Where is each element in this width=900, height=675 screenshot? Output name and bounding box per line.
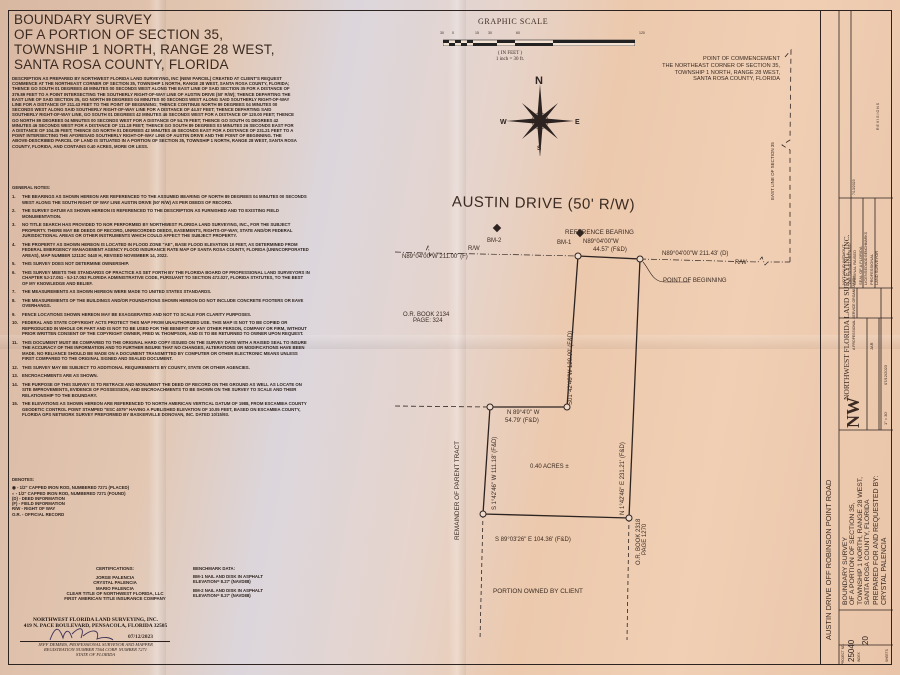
jog-distance: 54.79' (F&D)	[505, 418, 539, 424]
north-line-distance: 44.57' (F&D)	[593, 247, 627, 253]
north-arrow-icon: N W E	[500, 76, 580, 156]
scale-tick: 120	[639, 31, 645, 35]
compass-south: S	[537, 145, 541, 152]
note-number: 1.	[12, 194, 22, 205]
note-number: 6.	[12, 270, 22, 286]
note-number: 14.	[12, 382, 22, 398]
note-text: THIS SURVEY DOES NOT DETERMINE OWNERSHIP…	[22, 261, 129, 266]
general-note: 1.THE BEARINGS AS SHOWN HEREON ARE REFER…	[12, 194, 310, 205]
note-text: THE PROPERTY AS SHOWN HEREON IS LOCATED …	[22, 242, 310, 258]
jog-bearing: N 89°4'0" W	[507, 410, 539, 416]
seal-line: NOT VALID WITHOUT	[841, 244, 847, 286]
general-note: 12.THIS SURVEY MAY BE SUBJECT TO ADDITIO…	[12, 365, 310, 370]
signature	[45, 624, 115, 642]
prepared-for-line: CRYSTAL PALENCIA	[881, 476, 889, 605]
scale-tick: 30	[488, 31, 492, 35]
road-reference: AUSTIN DRIVE OFF ROBINSON POINT ROAD	[824, 480, 833, 640]
tb-title-line: TOWNSHIP 1 NORTH, RANGE 28 WEST,	[857, 477, 864, 605]
bm2-label: BM-2	[487, 238, 501, 244]
general-note: 7.THE MEASUREMENTS AS SHOWN HEREON WERE …	[12, 289, 310, 294]
note-text: THIS SURVEY MEETS THE STANDARDS OF PRACT…	[22, 270, 310, 286]
or-book-west: O.R. BOOK 2134 PAGE: 324	[403, 312, 449, 324]
general-note: 5.THIS SURVEY DOES NOT DETERMINE OWNERSH…	[12, 261, 310, 266]
poc-line: TOWNSHIP 1 NORTH, RANGE 28 WEST,	[620, 70, 780, 77]
seal-line: LAND SURVEYOR	[874, 244, 880, 286]
section-line-label: EAST LINE OF SECTION 35	[770, 142, 775, 200]
svg-text:W: W	[500, 119, 507, 126]
firm-logo: NW	[843, 397, 864, 428]
note-text: THIS SURVEY MAY BE SUBJECT TO ADDITIONAL…	[22, 365, 250, 370]
svg-text:N: N	[535, 76, 543, 87]
signature-date: 07/12/2023	[128, 634, 153, 640]
general-note: 11.THIS DOCUMENT MUST BE COMPARED TO THE…	[12, 340, 310, 362]
note-number: 15.	[12, 401, 22, 417]
graphic-scale-units: ( IN FEET ) 1 inch = 30 ft.	[480, 51, 540, 63]
note-text: THE PURPOSE OF THIS SURVEY IS TO RETRACE…	[22, 382, 310, 398]
index-number: 20	[861, 636, 870, 645]
legal-description: DESCRIPTION AS PREPARED BY NORTHWEST FLO…	[12, 76, 297, 149]
denotes-heading: DENOTES:	[12, 477, 129, 482]
date-field: 07/12/2023	[883, 365, 888, 385]
title-line: SANTA ROSA COUNTY, FLORIDA	[14, 57, 275, 72]
general-note: 14.THE PURPOSE OF THIS SURVEY IS TO RETR…	[12, 382, 310, 398]
note-text: THE MEASUREMENTS OF THE BUILDINGS AND/OR…	[22, 298, 310, 309]
acreage-label: 0.40 ACRES ±	[530, 464, 569, 470]
benchmark-item: BM-1 NAIL AND DISK IN ASPHALT ELEVATION=…	[193, 574, 283, 584]
certified-party: FIRST AMERICAN TITLE INSURANCE COMPANY	[40, 596, 190, 601]
benchmark-item: BM-2 NAIL AND DISK IN ASPHALT ELEVATION=…	[193, 588, 283, 598]
north-line-bearing: N89°04'00"W	[583, 239, 619, 245]
general-note: 6.THIS SURVEY MEETS THE STANDARDS OF PRA…	[12, 270, 310, 286]
scale-tick: 60	[516, 31, 520, 35]
east-row-bearing: N89°04'00"W 211.43' (D)	[662, 251, 728, 257]
note-number: 12.	[12, 365, 22, 370]
scale-field: 1" = 30'	[883, 412, 888, 425]
scale-tick: 0	[452, 31, 454, 35]
poc-line: THE NORTHEAST CORNER OF SECTION 35,	[620, 63, 780, 70]
graphic-scale-bar	[443, 37, 635, 46]
note-number: 7.	[12, 289, 22, 294]
general-note: 15.THE ELEVATIONS AS SHOWN HEREON ARE RE…	[12, 401, 310, 417]
general-note: 3.NO TITLE SEARCH HAS PROVIDED TO NOR PE…	[12, 222, 310, 238]
note-text: THE BEARINGS AS SHOWN HEREON ARE REFEREN…	[22, 194, 310, 205]
denote-item: O.R. - OFFICIAL RECORD	[12, 512, 129, 517]
tb-prepared-for: PREPARED FOR AND REQUESTED BY: CRYSTAL P…	[873, 476, 889, 605]
svg-text:E: E	[575, 119, 580, 126]
note-number: 13.	[12, 373, 22, 378]
or-book-line: PAGE: 324	[403, 318, 449, 324]
note-number: 9.	[12, 312, 22, 317]
title-line: BOUNDARY SURVEY	[14, 12, 275, 27]
note-text: THE ELEVATIONS AS SHOWN HEREON ARE REFER…	[22, 401, 310, 417]
title-line: OF A PORTION OF SECTION 35,	[14, 27, 275, 42]
note-text: THE SURVEY DATUM AS SHOWN HEREON IS REFE…	[22, 208, 310, 219]
certifications: CERTIFICATIONS: JORGE PALENCIACRYSTAL PA…	[40, 566, 190, 601]
tb-title-line: SANTA ROSA COUNTY, FLORIDA	[864, 477, 871, 605]
west-row-bearing: N89°04'00"W 211.00' (F)	[402, 254, 468, 260]
west-lower-bearing: S 1°42'46" W 111.18' (F&D)	[492, 437, 498, 510]
note-number: 11.	[12, 340, 22, 362]
road-label: AUSTIN DRIVE (50' R/W)	[452, 193, 635, 213]
title-block: AUSTIN DRIVE OFF ROBINSON POINT ROAD BOU…	[820, 10, 893, 665]
row-label: R/W	[735, 260, 747, 266]
drawn-by-field: JAR	[869, 342, 874, 350]
west-upper-bearing: S01°42'46"W 120.00' (F&D)	[568, 331, 574, 405]
revision-date: 7/13/2023	[852, 179, 856, 195]
point-of-beginning-label: POINT OF BEGINNING	[663, 278, 727, 284]
general-notes-heading: GENERAL NOTES:	[12, 185, 310, 190]
surveyor-credentials: JEFF DEMERS, PROFESSIONAL SURVEYOR AND M…	[18, 642, 173, 658]
title-line: TOWNSHIP 1 NORTH, RANGE 28 WEST,	[14, 42, 275, 57]
point-of-commencement: POINT OF COMMENCEMENT THE NORTHEAST CORN…	[620, 56, 780, 83]
seal-note: NOT VALID WITHOUT THE SIGNATURE AND ORIG…	[841, 244, 880, 286]
note-text: FENCE LOCATIONS SHOWN HEREON MAY BE EXAG…	[22, 312, 251, 317]
benchmark-heading: BENCHMARK DATA:	[193, 566, 283, 571]
prepared-for-line: PREPARED FOR AND REQUESTED BY:	[873, 476, 881, 605]
general-notes: GENERAL NOTES: 1.THE BEARINGS AS SHOWN H…	[12, 185, 310, 421]
legend-denotes: DENOTES: ◉ - 1/2" CAPPED IRON ROD, NUMBE…	[12, 477, 129, 517]
note-number: 4.	[12, 242, 22, 258]
note-text: NO TITLE SEARCH HAS PROVIDED TO NOR PERF…	[22, 222, 310, 238]
east-line-bearing: N 1°42'46" E 231.21' (F&D)	[620, 442, 626, 515]
row-label: R/W	[468, 246, 480, 252]
general-note: 4.THE PROPERTY AS SHOWN HEREON IS LOCATE…	[12, 242, 310, 258]
general-note: 9.FENCE LOCATIONS SHOWN HEREON MAY BE EX…	[12, 312, 310, 317]
revisions-label: REVISIONS	[876, 102, 880, 130]
note-number: 2.	[12, 208, 22, 219]
general-note: 10.FEDERAL AND STATE COPYRIGHT ACTS PROT…	[12, 320, 310, 336]
sheets-label: SHEETS	[885, 649, 889, 662]
firm-subtitle: A PROFESSIONAL SERVICE ORGANIZATION	[852, 276, 856, 350]
benchmark-data: BENCHMARK DATA: BM-1 NAIL AND DISK IN AS…	[193, 566, 283, 598]
survey-title: BOUNDARY SURVEY OF A PORTION OF SECTION …	[14, 12, 275, 72]
south-line-bearing: S 89°03'26" E 104.36' (F&D)	[495, 537, 571, 543]
denote-item: ◉ - 1/2" CAPPED IRON ROD, NUMBERED 7271 …	[12, 485, 129, 490]
or-book-line: PAGE 1270	[642, 519, 648, 565]
certifications-heading: CERTIFICATIONS:	[40, 566, 190, 571]
remainder-label: REMAINDER OF PARENT TRACT	[454, 441, 461, 540]
general-note: 13.ENCROACHMENTS ARE AS SHOWN.	[12, 373, 310, 378]
client-portion-label: PORTION OWNED BY CLIENT	[493, 588, 583, 595]
seal-line: ORIGINAL RAISED	[852, 244, 858, 286]
project-number: 25040	[847, 640, 856, 662]
bm1-label: BM-1	[557, 240, 571, 246]
tb-survey-title: BOUNDARY SURVEY OF A PORTION OF SECTION …	[842, 477, 872, 605]
credential-line: STATE OF FLORIDA	[18, 652, 173, 657]
note-number: 5.	[12, 261, 22, 266]
project-no-label: PROJECT NO.	[841, 644, 845, 665]
note-text: THIS DOCUMENT MUST BE COMPARED TO THE OR…	[22, 340, 310, 362]
note-number: 3.	[12, 222, 22, 238]
scale-tick: 30	[440, 31, 444, 35]
note-text: ENCROACHMENTS ARE AS SHOWN.	[22, 373, 98, 378]
scale-tick: 15	[475, 31, 479, 35]
general-note: 2.THE SURVEY DATUM AS SHOWN HEREON IS RE…	[12, 208, 310, 219]
note-text: THE MEASUREMENTS AS SHOWN HEREON WERE MA…	[22, 289, 211, 294]
reference-bearing-label: REFERENCE BEARING	[565, 229, 634, 236]
note-number: 8.	[12, 298, 22, 309]
graphic-scale-title: GRAPHIC SCALE	[478, 17, 548, 26]
tb-title-line: BOUNDARY SURVEY	[842, 477, 849, 605]
scale-ratio: 1 inch = 30 ft.	[480, 57, 540, 63]
or-book-east: O.R. BOOK 2318 PAGE 1270	[636, 519, 648, 565]
note-text: FEDERAL AND STATE COPYRIGHT ACTS PROTECT…	[22, 320, 310, 336]
note-number: 10.	[12, 320, 22, 336]
general-note: 8.THE MEASUREMENTS OF THE BUILDINGS AND/…	[12, 298, 310, 309]
index-label: INDEX	[857, 652, 861, 662]
poc-line: SANTA ROSA COUNTY, FLORIDA	[620, 76, 780, 83]
poc-line: POINT OF COMMENCEMENT	[620, 56, 780, 63]
revision-entry: ADD BENCHMARKS	[864, 232, 868, 265]
tb-title-line: OF A PORTION OF SECTION 35,	[849, 477, 856, 605]
